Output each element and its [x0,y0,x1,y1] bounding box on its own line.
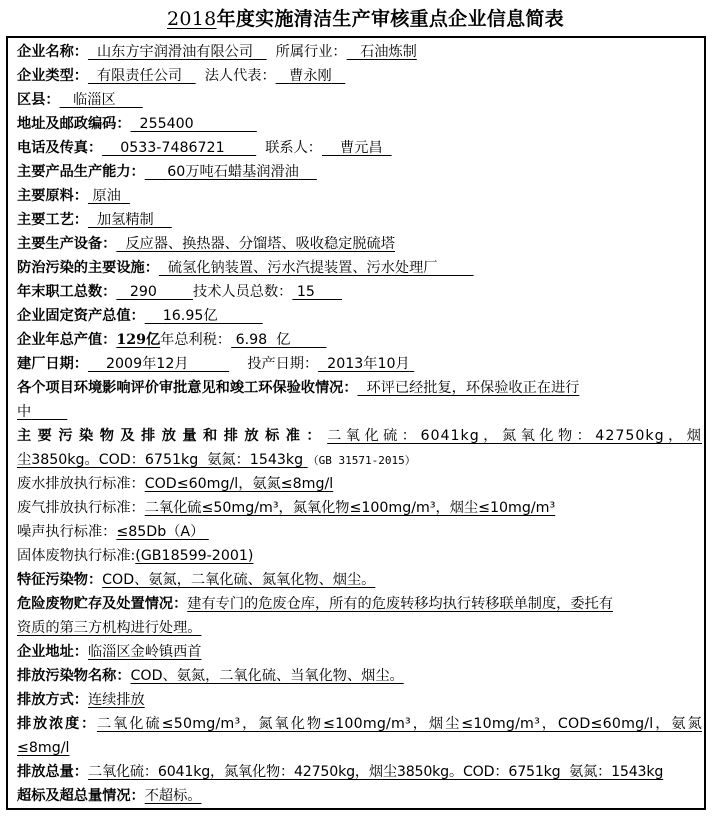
row-company-name: 企业名称： 山东方宇润滑油有限公司 所属行业： 石油炼制 [17,40,702,64]
district-label: 区县： [17,92,60,108]
company-address-label: 企业地址： [17,644,88,660]
info-table: 企业名称： 山东方宇润滑油有限公司 所属行业： 石油炼制 企业类型： 有限责任公… [6,36,706,810]
hazardous-waste-value-line2: 资质的第三方机构进行处理。 [17,620,201,636]
industry-value: 石油炼制 [347,44,417,60]
fixed-assets-value: 16.95亿 [145,308,263,324]
company-type-label: 企业类型： [17,68,88,84]
row-discharge-concentration-cont: ≤8mg/l [17,736,702,760]
solid-waste-std-value: (GB18599-2001) [135,548,253,564]
phone-value: 0533-7486721 [102,140,256,156]
characteristic-pollutants-label: 特征污染物： [17,572,102,588]
row-discharge-method: 排放方式：连续排放 [17,688,702,712]
operation-date-label: 投产日期： [247,356,318,372]
hazardous-waste-label: 危险废物贮存及处置情况： [17,596,187,612]
process-value: 加氢精制 [88,212,172,228]
discharge-concentration-value-line2: ≤8mg/l [17,740,69,756]
fixed-assets-label: 企业固定资产总值： [17,308,145,324]
row-waste-gas-std: 废气排放执行标准：二氧化硫≤50mg/m³，氮氧化物≤100mg/m³，烟尘≤1… [17,496,702,520]
discharge-method-value: 连续排放 [88,692,145,708]
row-solid-waste-std: 固体废物执行标准:(GB18599-2001) [17,544,702,568]
row-dates: 建厂日期： 2009年12月 投产日期： 2013年10月 [17,352,702,376]
eia-value-line1: 环评已经批复，环保验收正在进行 [358,380,580,396]
pollution-facilities-value: 硫氢化钠装置、污水汽提装置、污水处理厂 [159,260,474,276]
wastewater-std-label: 废水排放执行标准： [17,476,145,492]
row-hazardous-waste: 危险废物贮存及处置情况：建有专门的危废仓库，所有的危废转移均执行转移联单制度，委… [17,592,702,616]
waste-gas-std-label: 废气排放执行标准： [17,500,145,516]
row-fixed-assets: 企业固定资产总值： 16.95亿 [17,304,702,328]
row-discharge-concentration: 排放浓度：二氧化硫≤50mg/m³，氮氧化物≤100mg/m³，烟尘≤10mg/… [17,712,702,736]
company-name-value: 山东方宇润滑油有限公司 [88,44,267,60]
eia-label: 各个项目环境影响评价审批意见和竣工环保验收情况： [17,380,358,396]
row-annual-output: 企业年总产值：129亿年总利税： 6.98 亿 [17,328,702,352]
district-value: 临淄区 [60,92,143,108]
company-type-value: 有限责任公司 [88,68,196,84]
title-year: 2018 [153,8,217,30]
exceed-status-value: 不超标。 [145,788,202,804]
employees-label: 年末职工总数： [17,284,116,300]
contact-value: 曹元昌 [322,140,392,156]
solid-waste-std-label: 固体废物执行标准: [17,548,135,564]
row-capacity: 主要产品生产能力： 60万吨石蜡基润滑油 [17,160,702,184]
tech-staff-value: 15 [292,284,342,300]
title-text: 年度实施清洁生产审核重点企业信息简表 [217,8,564,30]
page-title: 2018年度实施清洁生产审核重点企业信息简表 [0,6,717,32]
row-process: 主要工艺： 加氢精制 [17,208,702,232]
row-main-pollutants: 主要污染物及排放量和排放标准：二氧化硫：6041kg，氮氧化物：42750kg，… [17,424,702,448]
exceed-status-label: 超标及超总量情况： [17,788,145,804]
row-discharge-pollutants: 排放污染物名称：COD、氨氮，二氧化硫、当氧化物、烟尘。 [17,664,702,688]
build-date-label: 建厂日期： [17,356,88,372]
postal-value: 255400 [131,116,257,132]
postal-label: 地址及邮政编码： [17,116,131,132]
row-company-type: 企业类型： 有限责任公司 法人代表： 曹永刚 [17,64,702,88]
phone-label: 电话及传真： [17,140,102,156]
employees-value: 290 [116,284,193,300]
main-pollutants-value-line2: 尘3850kg。COD：6751kg 氨氮：1543kg [17,452,308,468]
waste-gas-std-value: 二氧化硫≤50mg/m³，氮氧化物≤100mg/m³，烟尘≤10mg/m³ [145,500,555,516]
raw-material-value: 原油 [88,188,130,204]
info-lines: 企业名称： 山东方宇润滑油有限公司 所属行业： 石油炼制 企业类型： 有限责任公… [17,40,702,808]
eia-value-line2: 中 [17,404,67,420]
discharge-pollutants-label: 排放污染物名称： [17,668,131,684]
build-date-value: 2009年12月 [88,356,229,372]
row-main-pollutants-cont: 尘3850kg。COD：6751kg 氨氮：1543kg （GB 31571-2… [17,448,702,472]
noise-std-label: 噪声执行标准： [17,524,116,540]
company-name-label: 企业名称： [17,44,88,60]
annual-tax-label: 年总利税： [160,332,231,348]
contact-label: 联系人： [265,140,322,156]
row-equipment: 主要生产设备： 反应器、换热器、分馏塔、吸收稳定脱硫塔 [17,232,702,256]
row-employees: 年末职工总数： 290 技术人员总数： 15 [17,280,702,304]
row-phone: 电话及传真： 0533-7486721 联系人： 曹元昌 [17,136,702,160]
capacity-value: 60万吨石蜡基润滑油 [145,164,317,180]
discharge-concentration-label: 排放浓度： [17,716,97,732]
discharge-pollutants-value: COD、氨氮，二氧化硫、当氧化物、烟尘。 [131,668,404,684]
wastewater-std-value: COD≤60mg/l，氨氮≤8mg/l [145,476,334,492]
main-pollutants-standard: （GB 31571-2015） [308,454,416,467]
discharge-total-label: 排放总量： [17,764,88,780]
capacity-label: 主要产品生产能力： [17,164,145,180]
characteristic-pollutants-value: COD、氨氮，二氧化硫、氮氧化物、烟尘。 [102,572,375,588]
equipment-label: 主要生产设备： [17,236,116,252]
row-district: 区县： 临淄区 [17,88,702,112]
row-exceed-status: 超标及超总量情况：不超标。 [17,784,702,808]
discharge-method-label: 排放方式： [17,692,88,708]
row-noise-std: 噪声执行标准：≤85Db（A） [17,520,702,544]
hazardous-waste-value-line1: 建有专门的危废仓库，所有的危废转移均执行转移联单制度，委托有 [187,596,613,612]
row-pollution-facilities: 防治污染的主要设施： 硫氢化钠装置、污水汽提装置、污水处理厂 [17,256,702,280]
main-pollutants-value-line1: 二氧化硫：6041kg，氮氧化物：42750kg，烟 [327,428,702,444]
raw-material-label: 主要原料： [17,188,88,204]
main-pollutants-label: 主要污染物及排放量和排放标准： [17,428,327,444]
pollution-facilities-label: 防治污染的主要设施： [17,260,159,276]
legal-rep-label: 法人代表： [205,68,276,84]
annual-output-label: 企业年总产值： [17,332,116,348]
discharge-concentration-value-line1: 二氧化硫≤50mg/m³，氮氧化物≤100mg/m³，烟尘≤10mg/m³，CO… [97,716,702,732]
equipment-value: 反应器、换热器、分馏塔、吸收稳定脱硫塔 [116,236,395,252]
operation-date-value: 2013年10月 [318,356,414,372]
row-characteristic-pollutants: 特征污染物：COD、氨氮，二氧化硫、氮氧化物、烟尘。 [17,568,702,592]
legal-rep-value: 曹永刚 [276,68,346,84]
row-hazardous-waste-cont: 资质的第三方机构进行处理。 [17,616,702,640]
process-label: 主要工艺： [17,212,88,228]
row-eia: 各个项目环境影响评价审批意见和竣工环保验收情况： 环评已经批复，环保验收正在进行 [17,376,702,400]
row-postal: 地址及邮政编码： 255400 [17,112,702,136]
row-eia-cont: 中 [17,400,702,424]
tech-staff-label: 技术人员总数： [193,284,292,300]
row-raw-material: 主要原料： 原油 [17,184,702,208]
annual-output-value: 129亿 [116,332,160,348]
company-address-value: 临淄区金岭镇西首 [88,644,202,660]
industry-label: 所属行业： [276,44,347,60]
annual-tax-value: 6.98 亿 [231,332,326,348]
row-company-address: 企业地址：临淄区金岭镇西首 [17,640,702,664]
discharge-total-value: 二氧化硫：6041kg，氮氧化物：42750kg，烟尘3850kg。COD：67… [88,764,663,780]
row-discharge-total: 排放总量：二氧化硫：6041kg，氮氧化物：42750kg，烟尘3850kg。C… [17,760,702,784]
noise-std-value: ≤85Db（A） [116,524,208,540]
row-wastewater-std: 废水排放执行标准：COD≤60mg/l，氨氮≤8mg/l [17,472,702,496]
